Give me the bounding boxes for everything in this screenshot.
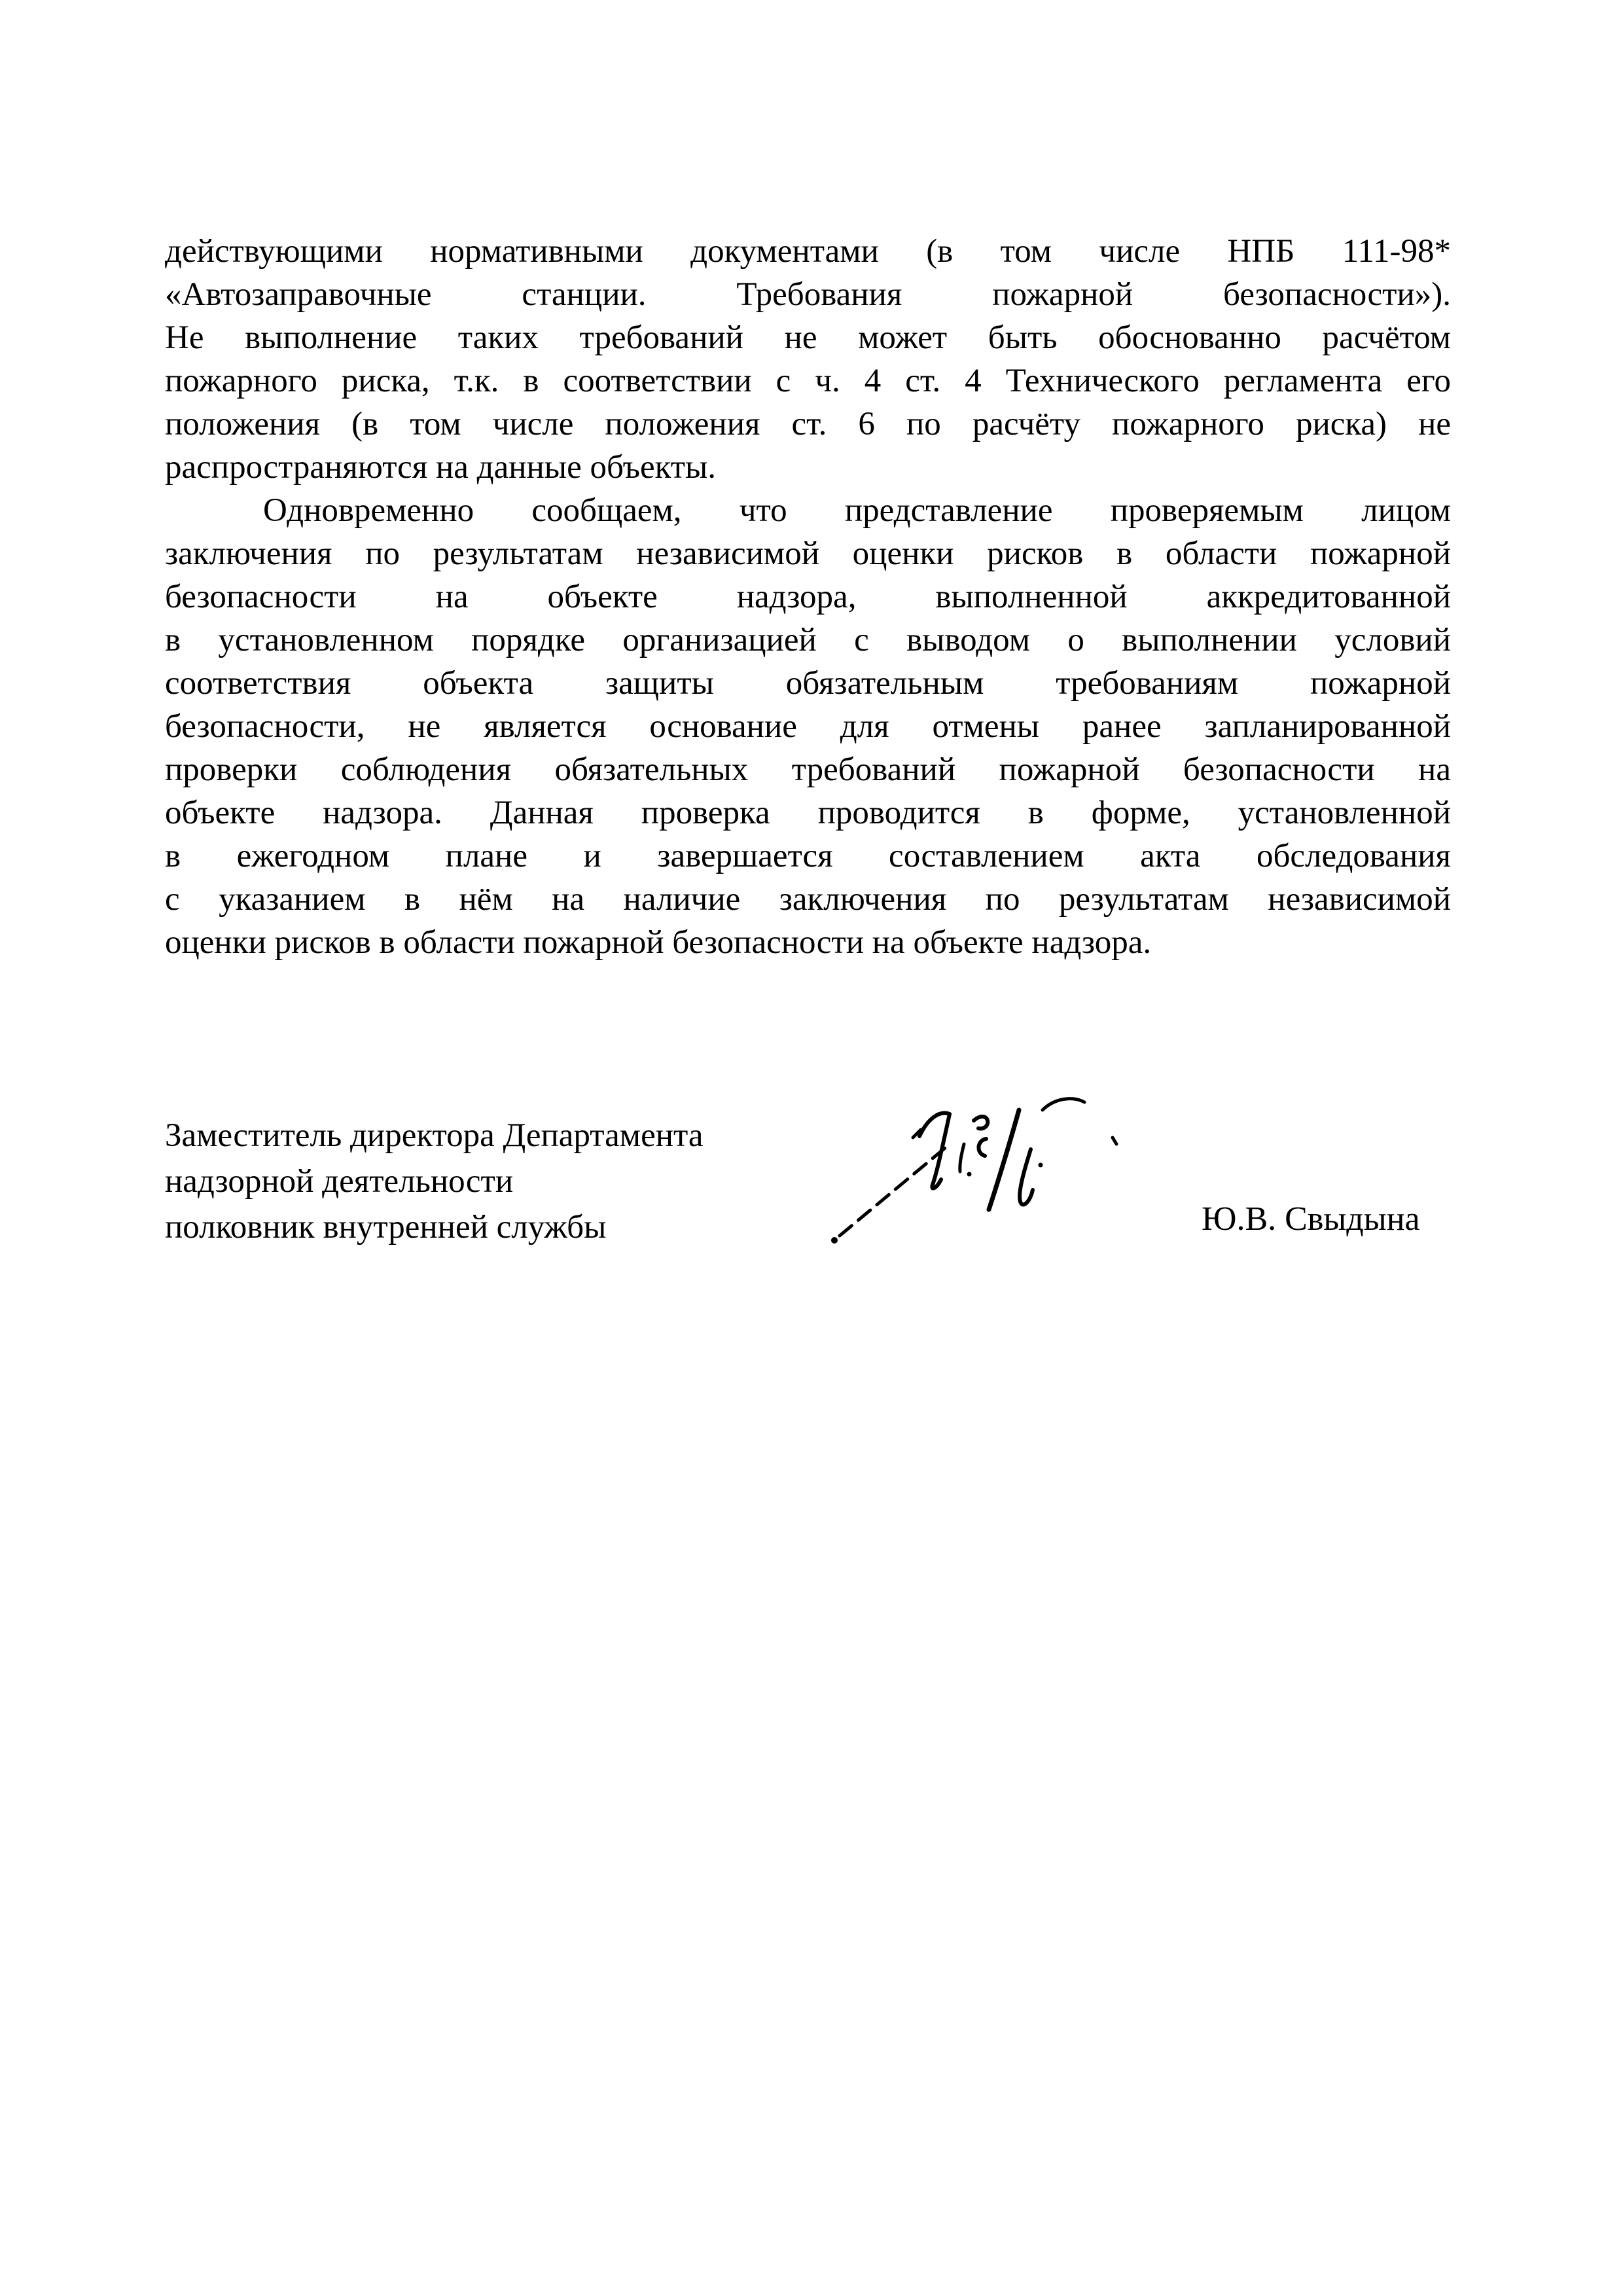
text-line: положения (в том числе положения ст. 6 п…: [165, 403, 1451, 446]
text-line: «Автозаправочные станции. Требования пож…: [165, 273, 1451, 316]
text-line: объекте надзора. Данная проверка проводи…: [165, 791, 1451, 834]
text-line: Не выполнение таких требований не может …: [165, 316, 1451, 359]
text-line: оценки рисков в области пожарной безопас…: [165, 921, 1451, 964]
signer-title-block: Заместитель директора Департаментанадзор…: [165, 1113, 885, 1250]
text-line: Заместитель директора Департамента: [165, 1113, 885, 1158]
text-line: пожарного риска, т.к. в соответствии с ч…: [165, 359, 1451, 403]
document-page: действующими нормативными документами (в…: [0, 0, 1623, 2296]
text-line: заключения по результатам независимой оц…: [165, 532, 1451, 575]
signer-name: Ю.В. Свыдына: [1202, 1200, 1420, 1239]
text-line: безопасности, не является основание для …: [165, 705, 1451, 748]
text-line: в ежегодном плане и завершается составле…: [165, 834, 1451, 878]
body-paragraph-1: действующими нормативными документами (в…: [165, 230, 1451, 489]
handwritten-signature-icon: [815, 1081, 1129, 1261]
text-line: полковник внутренней службы: [165, 1204, 885, 1250]
text-line: с указанием в нём на наличие заключения …: [165, 878, 1451, 921]
text-line: Одновременно сообщаем, что представление…: [165, 489, 1451, 532]
text-line: надзорной деятельности: [165, 1158, 885, 1204]
text-line: проверки соблюдения обязательных требова…: [165, 748, 1451, 791]
body-paragraph-2: Одновременно сообщаем, что представление…: [165, 489, 1451, 964]
text-line: безопасности на объекте надзора, выполне…: [165, 575, 1451, 619]
letter-body: действующими нормативными документами (в…: [165, 230, 1451, 964]
text-line: в установленном порядке организацией с в…: [165, 619, 1451, 662]
text-line: действующими нормативными документами (в…: [165, 230, 1451, 273]
text-line: соответствия объекта защиты обязательным…: [165, 662, 1451, 705]
text-line: распространяются на данные объекты.: [165, 446, 1451, 489]
